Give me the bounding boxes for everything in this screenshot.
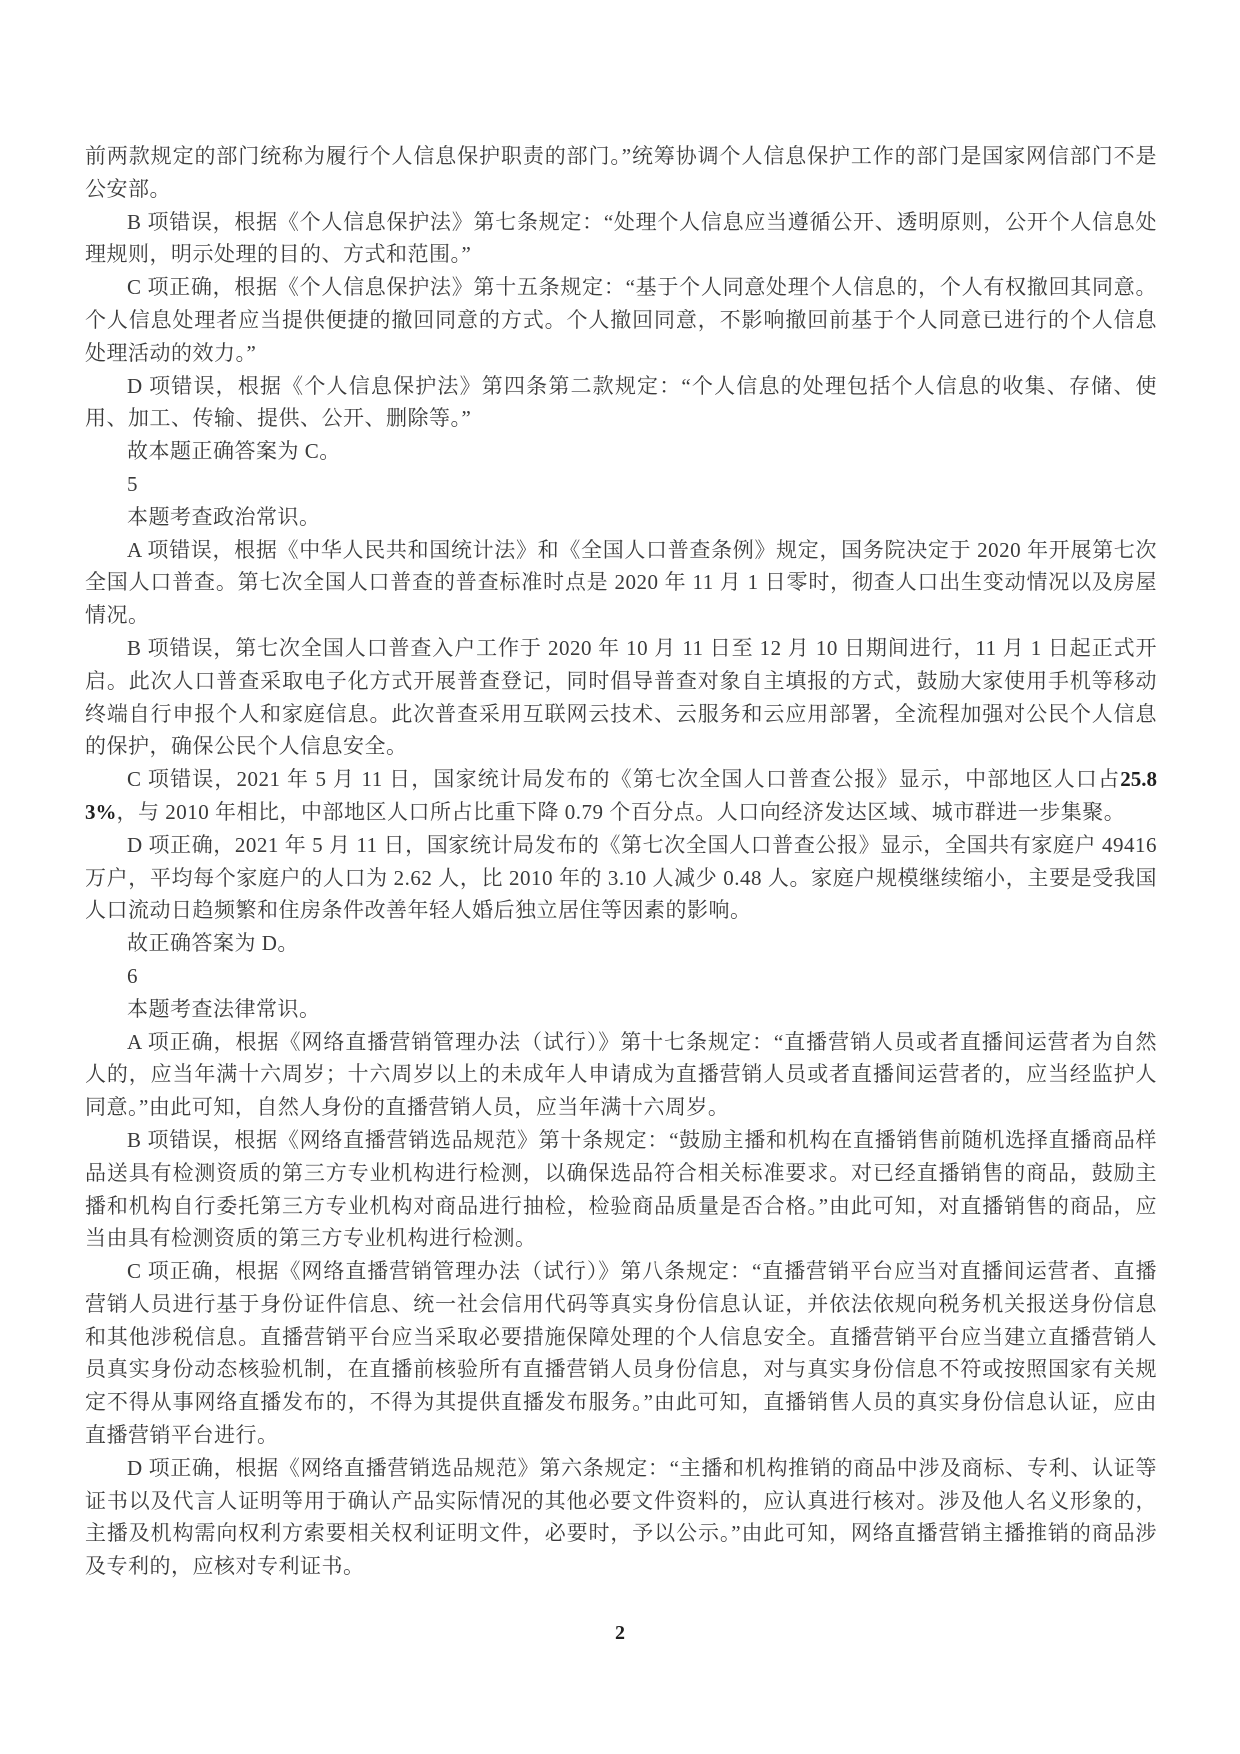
q4-answer-line: 故本题正确答案为 C。 (85, 435, 1157, 468)
q5-option-c-text-after: ，与 2010 年相比，中部地区人口所占比重下降 0.79 个百分点。人口向经济… (117, 800, 1126, 824)
q5-intro: 本题考查政治常识。 (85, 501, 1157, 534)
q5-number: 5 (85, 468, 1157, 501)
q5-option-c-text-before: C 项错误，2021 年 5 月 11 日，国家统计局发布的《第七次全国人口普查… (127, 767, 1120, 791)
q6-option-b-analysis: B 项错误，根据《网络直播营销选品规范》第十条规定：“鼓励主播和机构在直播销售前… (85, 1124, 1157, 1255)
page-number: 2 (0, 1622, 1240, 1645)
q4-option-b-analysis: B 项错误，根据《个人信息保护法》第七条规定：“处理个人信息应当遵循公开、透明原… (85, 206, 1157, 272)
q6-option-d-analysis: D 项正确，根据《网络直播营销选品规范》第六条规定：“主播和机构推销的商品中涉及… (85, 1452, 1157, 1583)
q5-option-d-analysis: D 项正确，2021 年 5 月 11 日，国家统计局发布的《第七次全国人口普查… (85, 829, 1157, 927)
document-page: 前两款规定的部门统称为履行个人信息保护职责的部门。”统筹协调个人信息保护工作的部… (0, 0, 1240, 1754)
q5-option-b-analysis: B 项错误，第七次全国人口普查入户工作于 2020 年 10 月 11 日至 1… (85, 632, 1157, 763)
q6-intro: 本题考查法律常识。 (85, 993, 1157, 1026)
document-body: 前两款规定的部门统称为履行个人信息保护职责的部门。”统筹协调个人信息保护工作的部… (85, 140, 1157, 1583)
q5-answer-line: 故正确答案为 D。 (85, 927, 1157, 960)
q4-option-a-continuation: 前两款规定的部门统称为履行个人信息保护职责的部门。”统筹协调个人信息保护工作的部… (85, 140, 1157, 206)
q6-number: 6 (85, 960, 1157, 993)
q5-option-c-analysis: C 项错误，2021 年 5 月 11 日，国家统计局发布的《第七次全国人口普查… (85, 763, 1157, 829)
q4-option-c-analysis: C 项正确，根据《个人信息保护法》第十五条规定：“基于个人同意处理个人信息的，个… (85, 271, 1157, 369)
q6-option-a-analysis: A 项正确，根据《网络直播营销管理办法（试行）》第十七条规定：“直播营销人员或者… (85, 1026, 1157, 1124)
q6-option-c-analysis: C 项正确，根据《网络直播营销管理办法（试行）》第八条规定：“直播营销平台应当对… (85, 1255, 1157, 1452)
q5-option-a-analysis: A 项错误，根据《中华人民共和国统计法》和《全国人口普查条例》规定，国务院决定于… (85, 534, 1157, 632)
q4-option-d-analysis: D 项错误，根据《个人信息保护法》第四条第二款规定：“个人信息的处理包括个人信息… (85, 370, 1157, 436)
